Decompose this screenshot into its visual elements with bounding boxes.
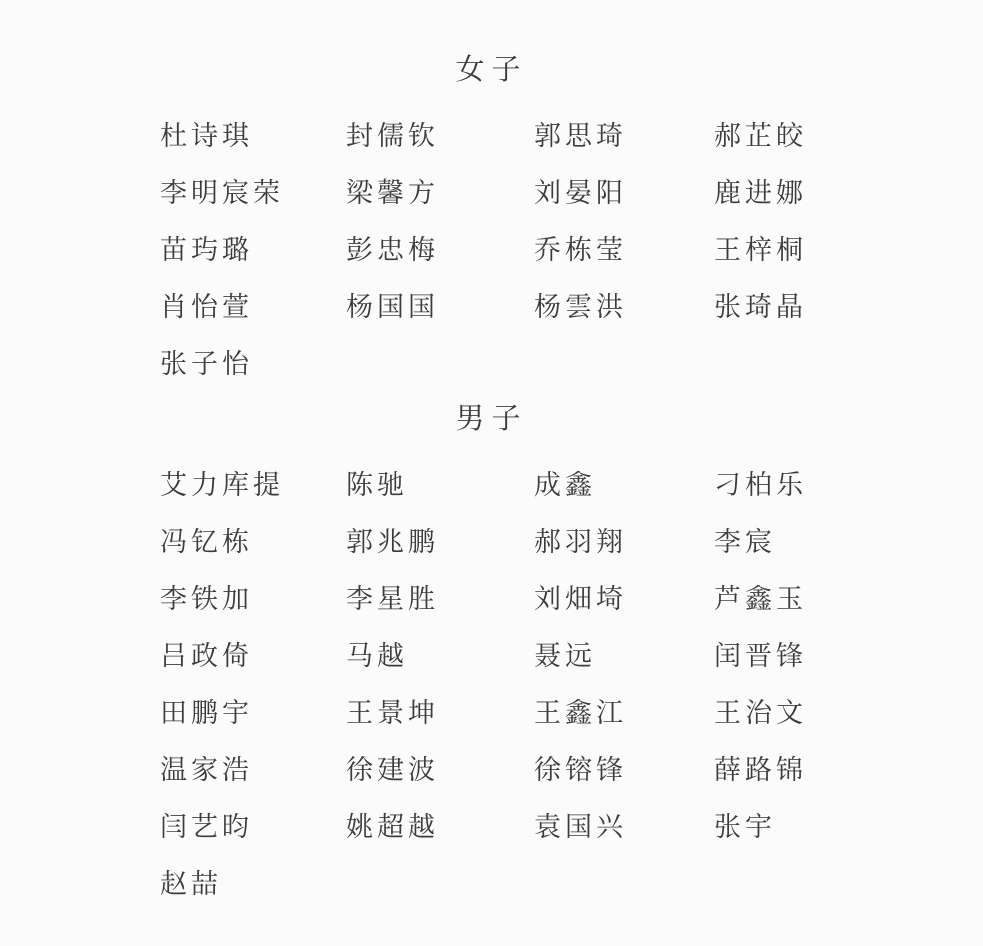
men-name-grid: 艾力库提 陈驰 成鑫 刁柏乐 冯钇栋 郭兆鹏 郝羽翔 李宸 李铁加 李星胜 刘畑… bbox=[160, 457, 833, 913]
name-item: 乔栋莹 bbox=[534, 222, 714, 279]
name-item: 田鹏宇 bbox=[160, 685, 346, 742]
name-item: 肖怡萱 bbox=[160, 279, 346, 336]
name-item: 张宇 bbox=[714, 799, 833, 856]
name-item: 郭兆鹏 bbox=[346, 514, 534, 571]
name-item: 李星胜 bbox=[346, 571, 534, 628]
name-item: 闫艺昀 bbox=[160, 799, 346, 856]
name-item: 李明宸荣 bbox=[160, 165, 346, 222]
name-item: 薛路锦 bbox=[714, 742, 833, 799]
name-item: 袁国兴 bbox=[534, 799, 714, 856]
name-item: 王景坤 bbox=[346, 685, 534, 742]
section-title-women: 女子 bbox=[0, 50, 983, 90]
name-item: 鹿进娜 bbox=[714, 165, 833, 222]
women-name-grid: 杜诗琪 封儒钦 郭思琦 郝芷皎 李明宸荣 梁馨方 刘晏阳 鹿进娜 苗玙璐 彭忠梅… bbox=[160, 108, 833, 393]
name-item: 杜诗琪 bbox=[160, 108, 346, 165]
name-item: 成鑫 bbox=[534, 457, 714, 514]
name-item: 刁柏乐 bbox=[714, 457, 833, 514]
section-title-men: 男子 bbox=[0, 399, 983, 439]
name-item: 郭思琦 bbox=[534, 108, 714, 165]
name-item: 陈驰 bbox=[346, 457, 534, 514]
name-item: 温家浩 bbox=[160, 742, 346, 799]
name-item: 聂远 bbox=[534, 628, 714, 685]
name-item: 李宸 bbox=[714, 514, 833, 571]
name-item: 王治文 bbox=[714, 685, 833, 742]
name-item: 张子怡 bbox=[160, 336, 346, 393]
name-item: 杨国国 bbox=[346, 279, 534, 336]
name-item: 徐建波 bbox=[346, 742, 534, 799]
name-item: 郝羽翔 bbox=[534, 514, 714, 571]
name-item: 彭忠梅 bbox=[346, 222, 534, 279]
name-item: 王鑫江 bbox=[534, 685, 714, 742]
name-item: 苗玙璐 bbox=[160, 222, 346, 279]
name-item: 闰晋锋 bbox=[714, 628, 833, 685]
name-item: 刘晏阳 bbox=[534, 165, 714, 222]
name-item: 姚超越 bbox=[346, 799, 534, 856]
name-item: 赵喆 bbox=[160, 856, 346, 913]
name-item: 冯钇栋 bbox=[160, 514, 346, 571]
name-item: 马越 bbox=[346, 628, 534, 685]
name-item: 芦鑫玉 bbox=[714, 571, 833, 628]
document-page: 女子 杜诗琪 封儒钦 郭思琦 郝芷皎 李明宸荣 梁馨方 刘晏阳 鹿进娜 苗玙璐 … bbox=[0, 0, 983, 946]
name-item: 郝芷皎 bbox=[714, 108, 833, 165]
name-item: 李铁加 bbox=[160, 571, 346, 628]
name-item: 张琦晶 bbox=[714, 279, 833, 336]
name-item: 刘畑埼 bbox=[534, 571, 714, 628]
name-item: 梁馨方 bbox=[346, 165, 534, 222]
name-item: 艾力库提 bbox=[160, 457, 346, 514]
name-item: 封儒钦 bbox=[346, 108, 534, 165]
name-item: 王梓桐 bbox=[714, 222, 833, 279]
name-item: 吕政倚 bbox=[160, 628, 346, 685]
name-item: 杨雲洪 bbox=[534, 279, 714, 336]
name-item: 徐镕锋 bbox=[534, 742, 714, 799]
